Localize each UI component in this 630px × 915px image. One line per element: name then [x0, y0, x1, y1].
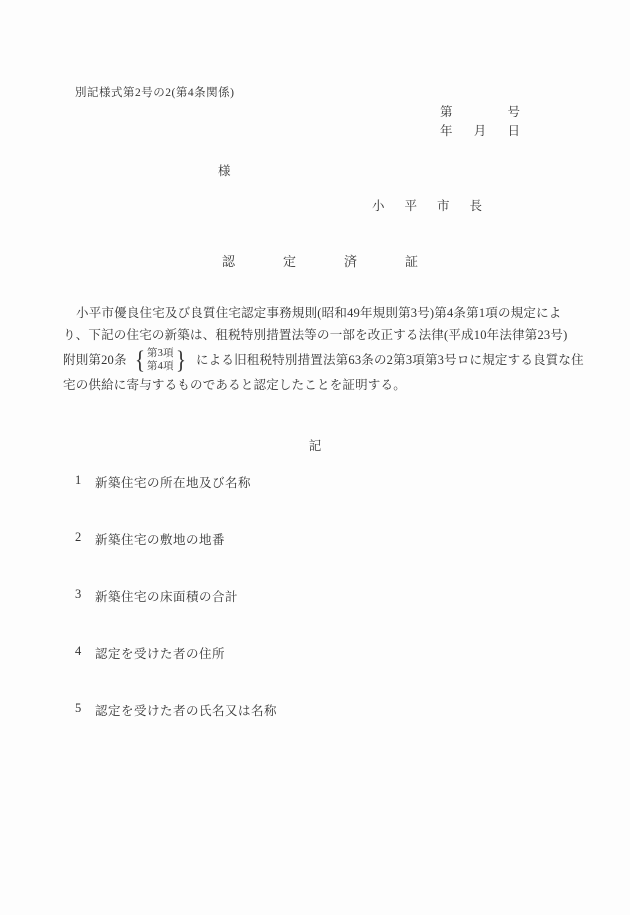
date-line: 年 月 日: [440, 121, 520, 139]
list-item-label: 新築住宅の床面積の合計: [95, 587, 238, 605]
list-heading: 記: [0, 436, 630, 454]
list-item-number: 2: [75, 530, 83, 548]
body-line-4: 宅の供給に寄与するものであると認定したことを証明する。: [63, 375, 570, 397]
list-item-label: 認定を受けた者の住所: [95, 644, 225, 662]
clause-option-top: 第3項: [147, 348, 174, 361]
brace-close-glyph: }: [176, 348, 186, 373]
clause-options-stack: 第3項 第4項: [146, 348, 175, 373]
list-item-number: 5: [75, 701, 83, 719]
list-item-number: 1: [75, 473, 83, 491]
list-item: 3 新築住宅の床面積の合計: [75, 587, 238, 605]
list-item-number: 3: [75, 587, 83, 605]
document-page: 別記様式第2号の2(第4条関係) 第 号 年 月 日 様 小平市長 認定済証 小…: [0, 0, 630, 915]
list-item: 5 認定を受けた者の氏名又は名称: [75, 701, 277, 719]
body-line-3: 附則第20条 { 第3項 第4項 } による旧租税特別措置法第63条の2第3項第…: [63, 346, 570, 375]
doc-number-prefix: 第: [440, 102, 453, 120]
issuer-mayor-label: 小平市長: [372, 196, 502, 214]
date-month-label: 月: [474, 121, 487, 139]
date-year-label: 年: [440, 121, 453, 139]
clause-brace-group: { 第3項 第4項 }: [134, 348, 187, 373]
body-line-2: り、下記の住宅の新築は、租税特別措置法等の一部を改正する法律(平成10年法律第2…: [63, 325, 570, 347]
body-line-3-prefix: 附則第20条: [63, 350, 127, 372]
list-item: 4 認定を受けた者の住所: [75, 644, 225, 662]
list-item: 1 新築住宅の所在地及び名称: [75, 473, 251, 491]
date-day-label: 日: [507, 121, 520, 139]
document-number-line: 第 号: [440, 102, 520, 120]
doc-number-suffix: 号: [507, 102, 520, 120]
list-item: 2 新築住宅の敷地の地番: [75, 530, 225, 548]
body-paragraph: 小平市優良住宅及び良質住宅認定事務規則(昭和49年規則第3号)第4条第1項の規定…: [63, 303, 570, 397]
document-title: 認定済証: [222, 251, 466, 270]
clause-option-bottom: 第4項: [147, 361, 174, 374]
brace-open-glyph: {: [135, 348, 145, 373]
body-line-3-suffix: による旧租税特別措置法第63条の2第3項第3号ロに規定する良質な住: [196, 350, 584, 372]
list-item-label: 新築住宅の敷地の地番: [95, 530, 225, 548]
body-line-1: 小平市優良住宅及び良質住宅認定事務規則(昭和49年規則第3号)第4条第1項の規定…: [63, 303, 570, 325]
list-item-label: 認定を受けた者の氏名又は名称: [95, 701, 277, 719]
form-reference-label: 別記様式第2号の2(第4条関係): [75, 84, 234, 100]
addressee-honorific: 様: [218, 161, 231, 179]
list-item-number: 4: [75, 644, 83, 662]
list-item-label: 新築住宅の所在地及び名称: [95, 473, 251, 491]
